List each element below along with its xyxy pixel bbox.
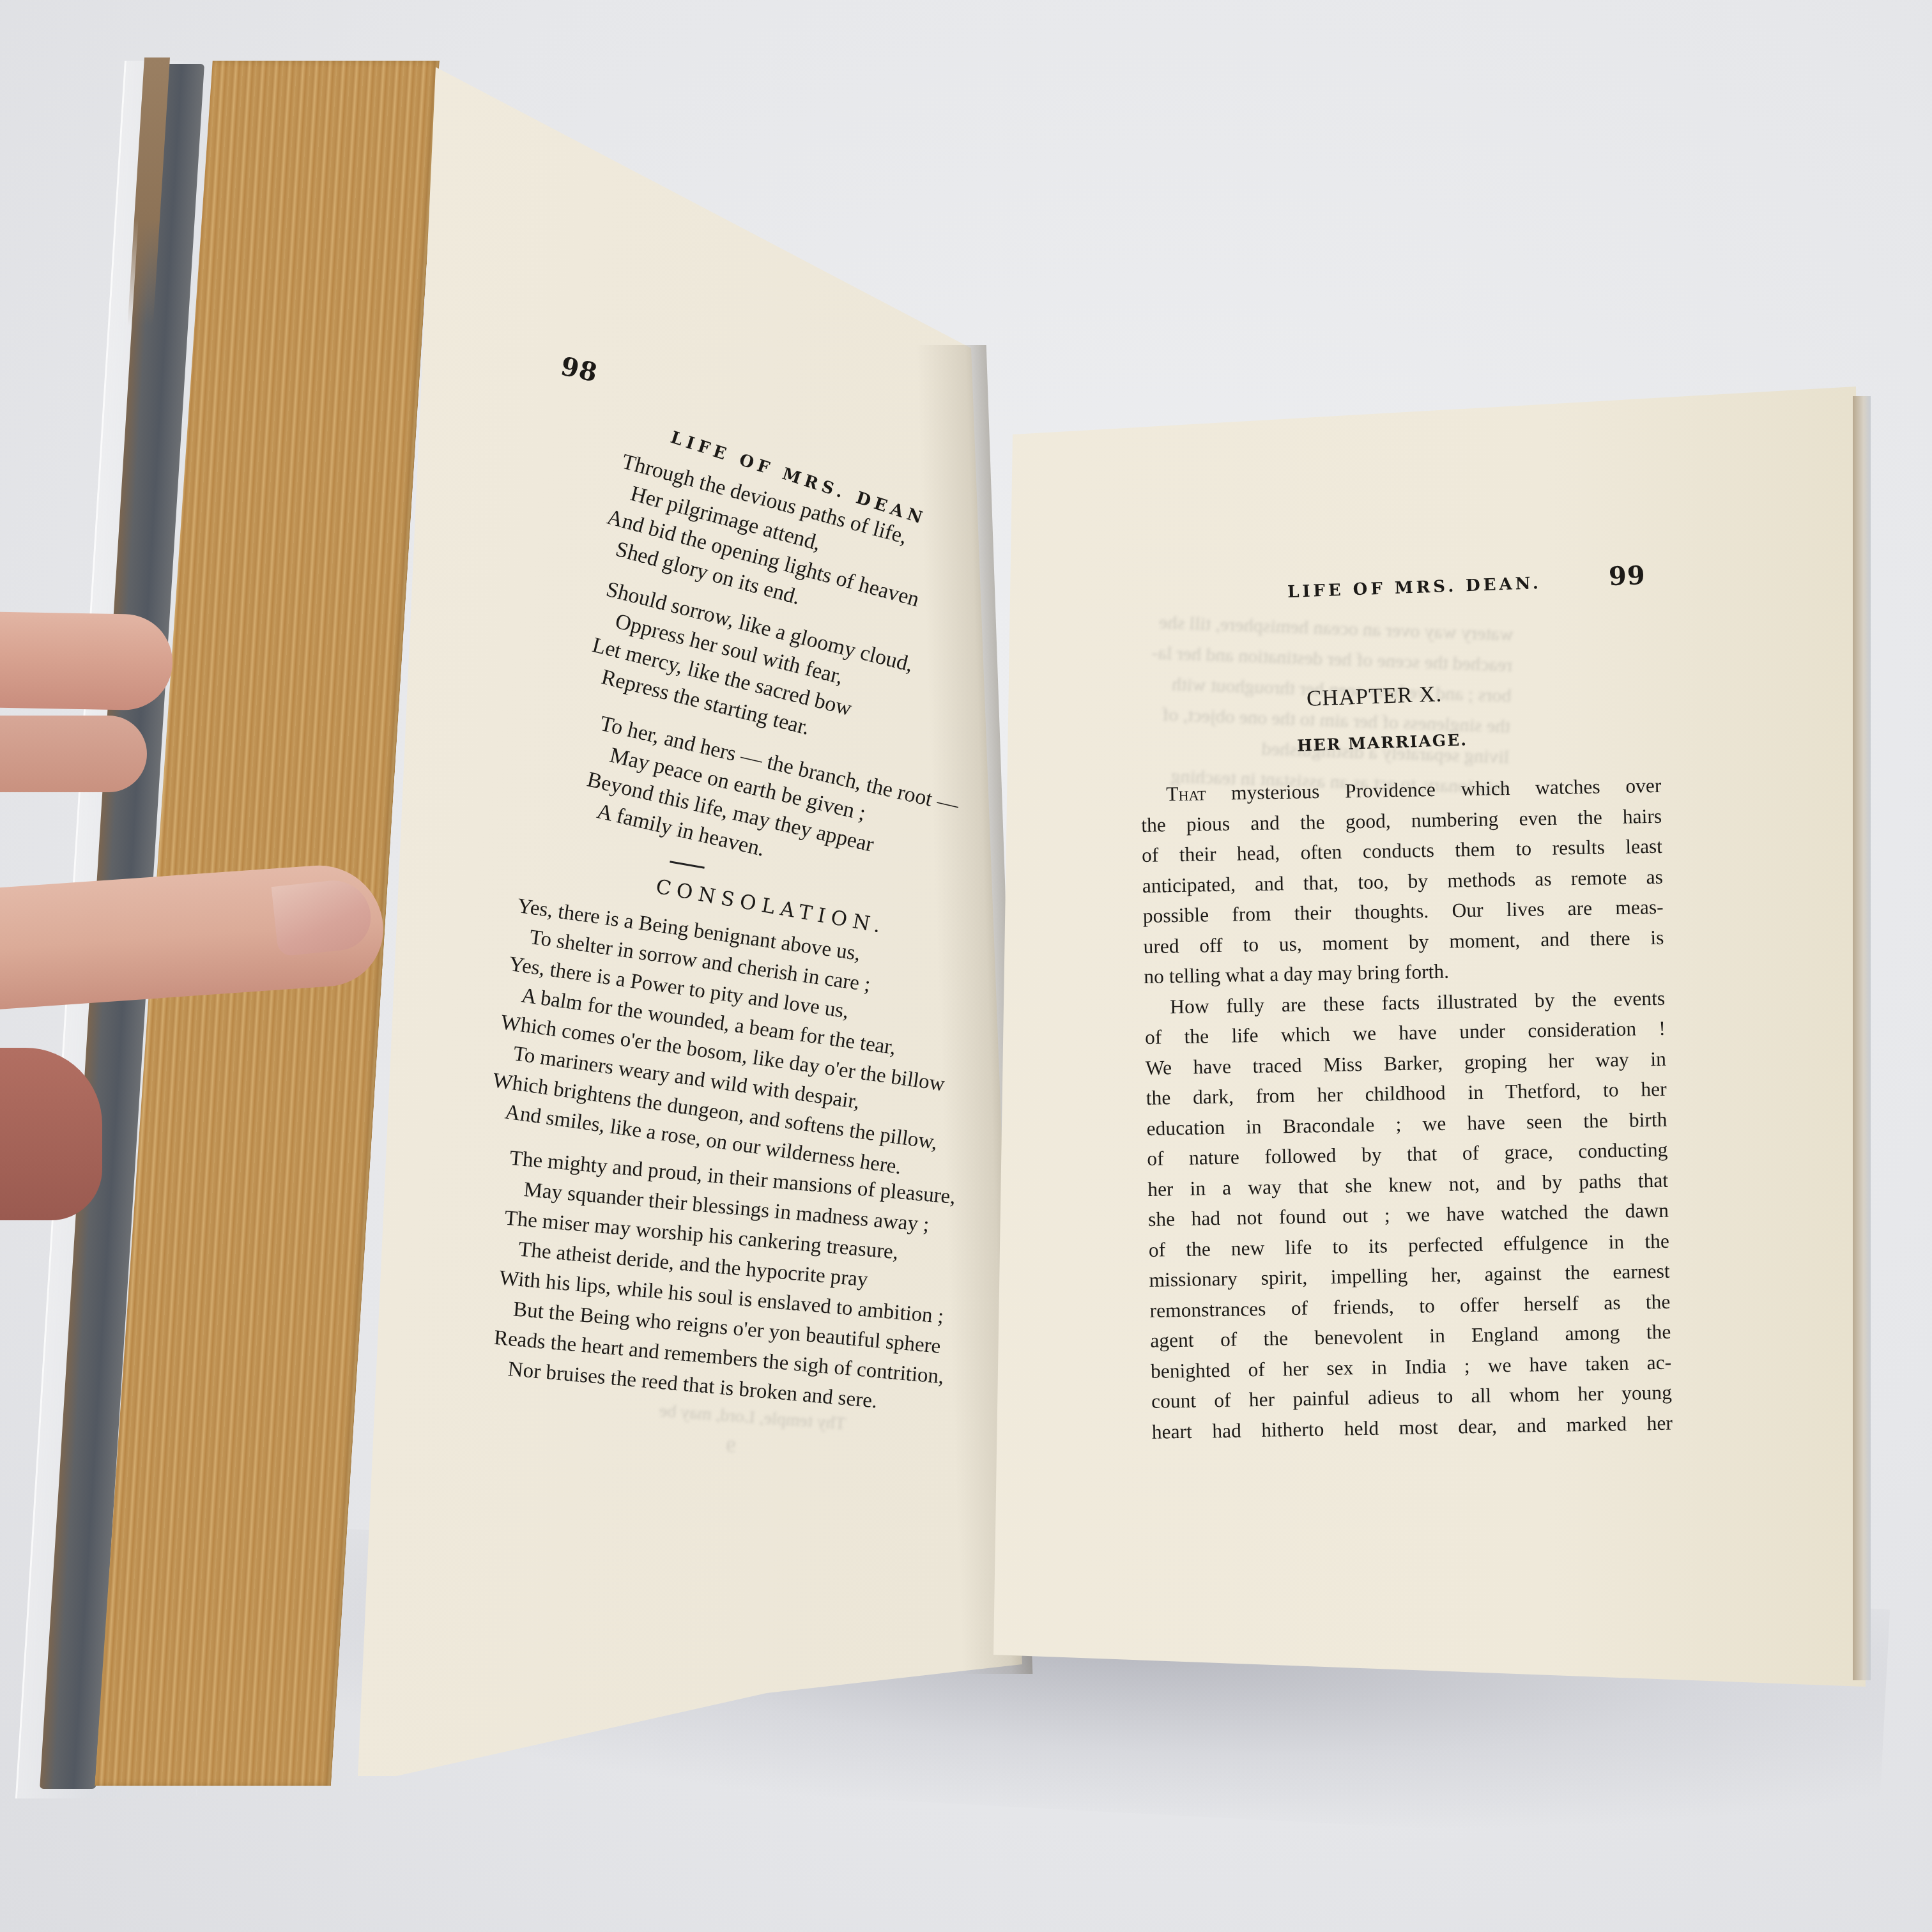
consolation-stanza-1: Yes, there is a Being benignant above us… — [487, 891, 964, 1186]
poem-stanza-3: To her, and hers — the branch, the root … — [578, 709, 962, 904]
running-head-right: LIFE OF MRS. DEAN. — [1287, 574, 1542, 602]
chapter-title: CHAPTER X. — [1306, 681, 1443, 711]
drop-lead-word: That — [1166, 782, 1206, 805]
consolation-stanza-2: The mighty and proud, in their mansions … — [490, 1144, 961, 1422]
section-divider-rule — [670, 861, 705, 869]
body-text: mysterious Providence which watches over — [1206, 774, 1661, 804]
text-layer: watery way over an ocean hemisphere, til… — [0, 0, 1932, 1932]
page-number-left: 98 — [558, 351, 601, 388]
chapter-body: That mysterious Providence which watches… — [1140, 770, 1673, 1447]
book-photo-scene: watery way over an ocean hemisphere, til… — [0, 0, 1932, 1932]
page-number-right: 99 — [1608, 560, 1646, 592]
